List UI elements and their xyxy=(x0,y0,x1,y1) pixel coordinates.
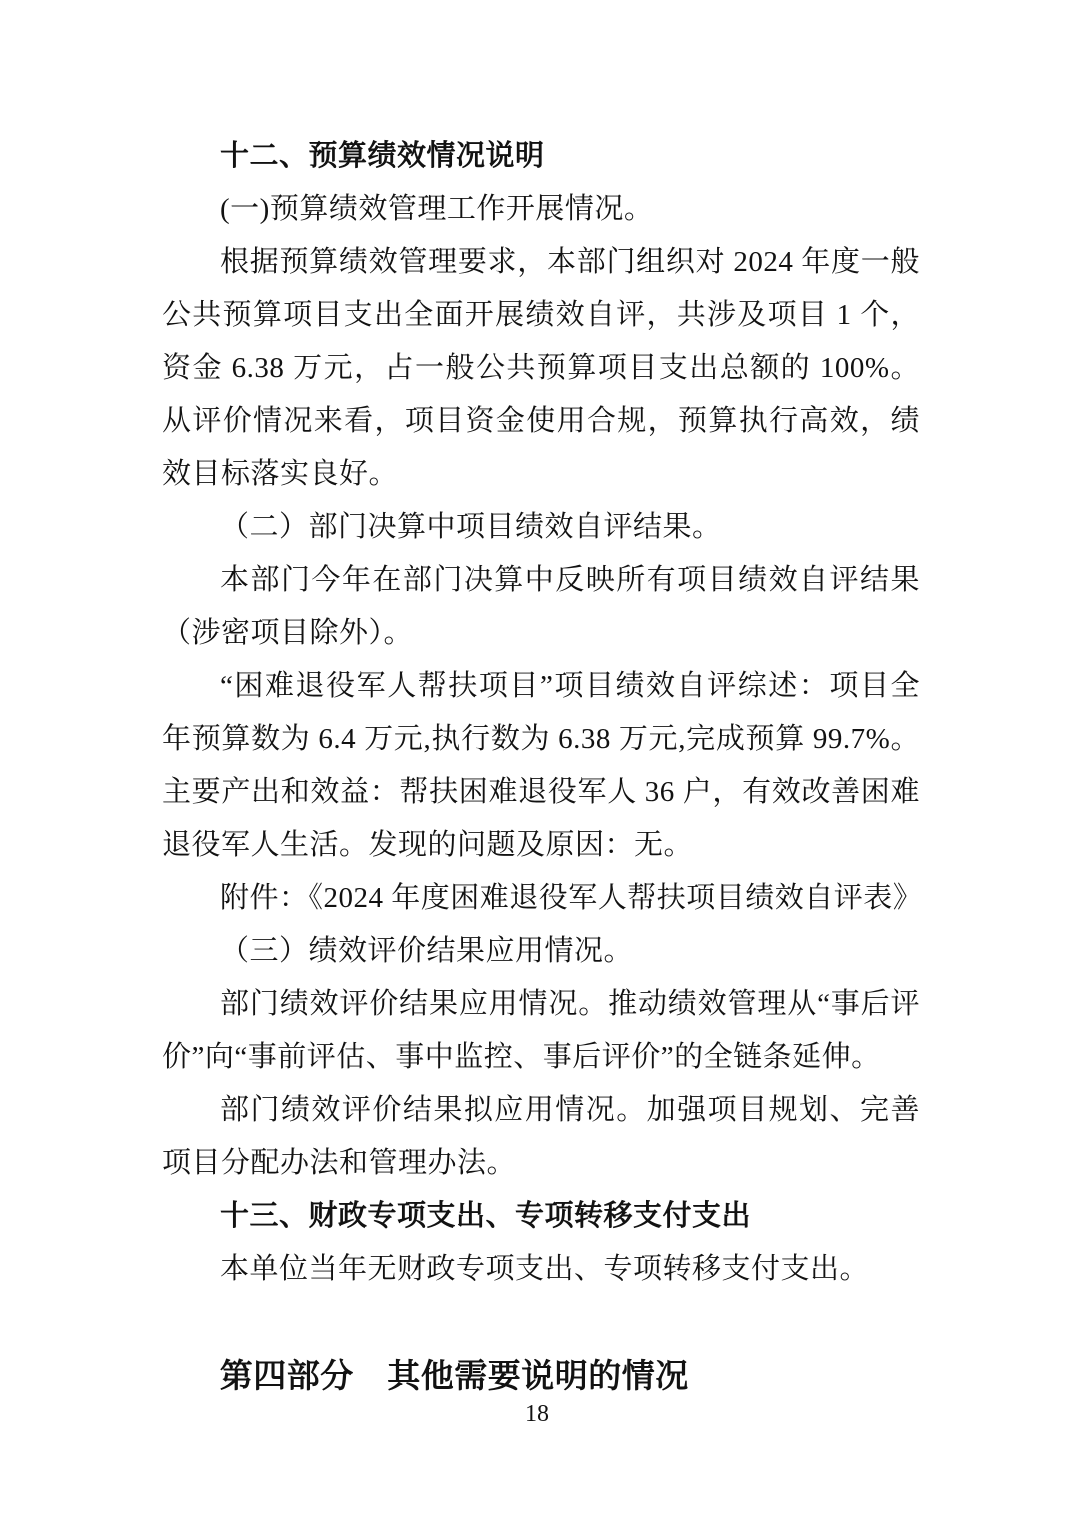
subheading-1-performance-management-work: (一)预算绩效管理工作开展情况。 xyxy=(162,183,920,236)
paragraph-planned-result-application: 部门绩效评价结果拟应用情况。加强项目规划、完善项目分配办法和管理办法。 xyxy=(162,1084,920,1190)
section-heading-12-budget-performance: 十二、预算绩效情况说明 xyxy=(162,130,920,183)
paragraph-veteran-assistance-project-summary: “困难退役军人帮扶项目”项目绩效自评综述：项目全年预算数为 6.4 万元,执行数… xyxy=(162,660,920,872)
document-page: 十二、预算绩效情况说明 (一)预算绩效管理工作开展情况。 根据预算绩效管理要求，… xyxy=(0,0,1074,1520)
section-heading-13-special-expenditure: 十三、财政专项支出、专项转移支付支出 xyxy=(162,1190,920,1243)
paragraph-results-reflected-in-final-accounts: 本部门今年在部门决算中反映所有项目绩效自评结果（涉密项目除外）。 xyxy=(162,554,920,660)
paragraph-result-application-status: 部门绩效评价结果应用情况。推动绩效管理从“事后评价”向“事前评估、事中监控、事后… xyxy=(162,978,920,1084)
page-number: 18 xyxy=(0,1398,1074,1430)
document-body: 十二、预算绩效情况说明 (一)预算绩效管理工作开展情况。 根据预算绩效管理要求，… xyxy=(162,130,920,1402)
subheading-2-self-evaluation-results: （二）部门决算中项目绩效自评结果。 xyxy=(162,501,920,554)
subheading-3-evaluation-result-application: （三）绩效评价结果应用情况。 xyxy=(162,925,920,978)
paragraph-self-evaluation-overview: 根据预算绩效管理要求，本部门组织对 2024 年度一般公共预算项目支出全面开展绩… xyxy=(162,236,920,501)
part-4-heading-other-notes: 第四部分 其他需要说明的情况 xyxy=(162,1349,920,1402)
paragraph-no-special-expenditure: 本单位当年无财政专项支出、专项转移支付支出。 xyxy=(162,1243,920,1296)
paragraph-attachment-reference: 附件：《2024 年度困难退役军人帮扶项目绩效自评表》 xyxy=(162,872,920,925)
